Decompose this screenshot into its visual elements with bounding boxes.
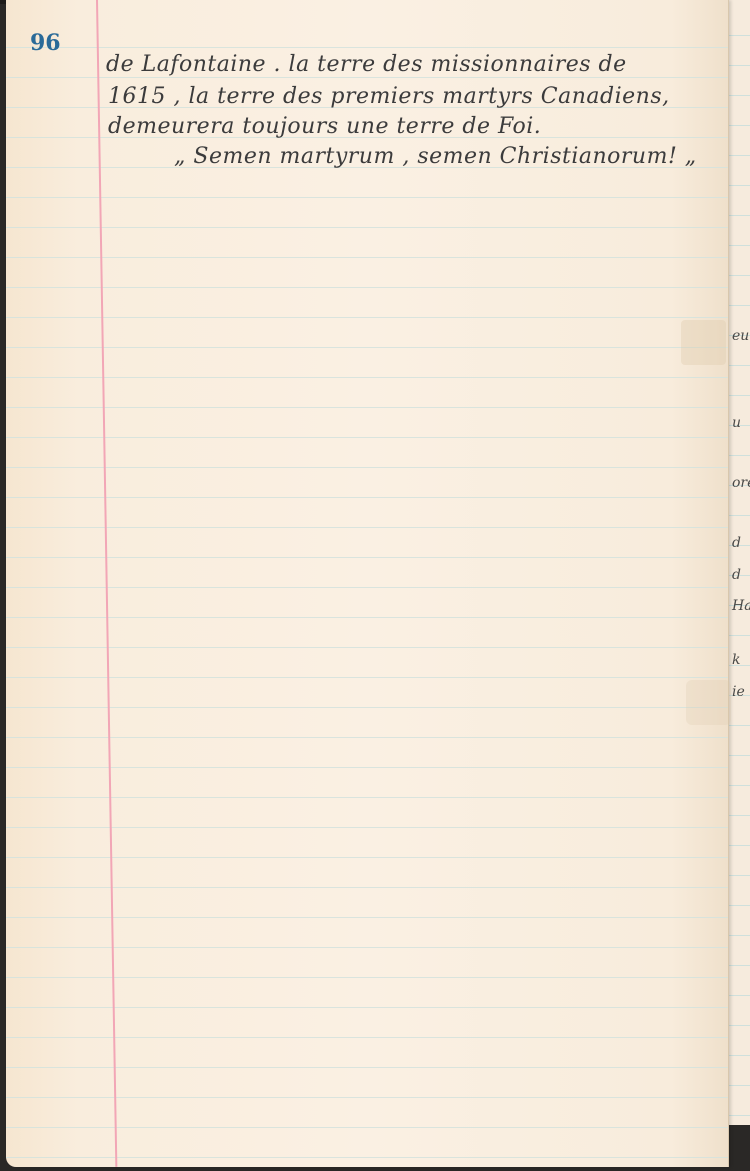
- facing-page-fragment: k: [732, 652, 740, 668]
- handwritten-line: demeurera toujours une terre de Foi.: [108, 114, 541, 139]
- facing-page-fragment: ie: [732, 684, 745, 700]
- facing-page-fragment: d: [732, 535, 741, 551]
- page-number: 96: [30, 30, 61, 56]
- facing-page-fragment: Ha: [732, 598, 750, 614]
- handwritten-line: de Lafontaine . la terre des missionnair…: [106, 52, 627, 77]
- paper-stain: [686, 680, 731, 725]
- paper-stain: [681, 320, 726, 365]
- facing-page-fragment: eu: [732, 328, 749, 344]
- handwritten-line: 1615 , la terre des premiers martyrs Can…: [108, 84, 670, 109]
- notebook-page: 96 de Lafontaine . la terre des missionn…: [6, 0, 729, 1167]
- handwritten-line: „ Semen martyrum , semen Christianorum! …: [174, 144, 697, 169]
- facing-page-fragment: u: [732, 415, 741, 431]
- facing-page-fragment: d: [732, 567, 741, 583]
- facing-page-fragment: ore: [732, 475, 750, 491]
